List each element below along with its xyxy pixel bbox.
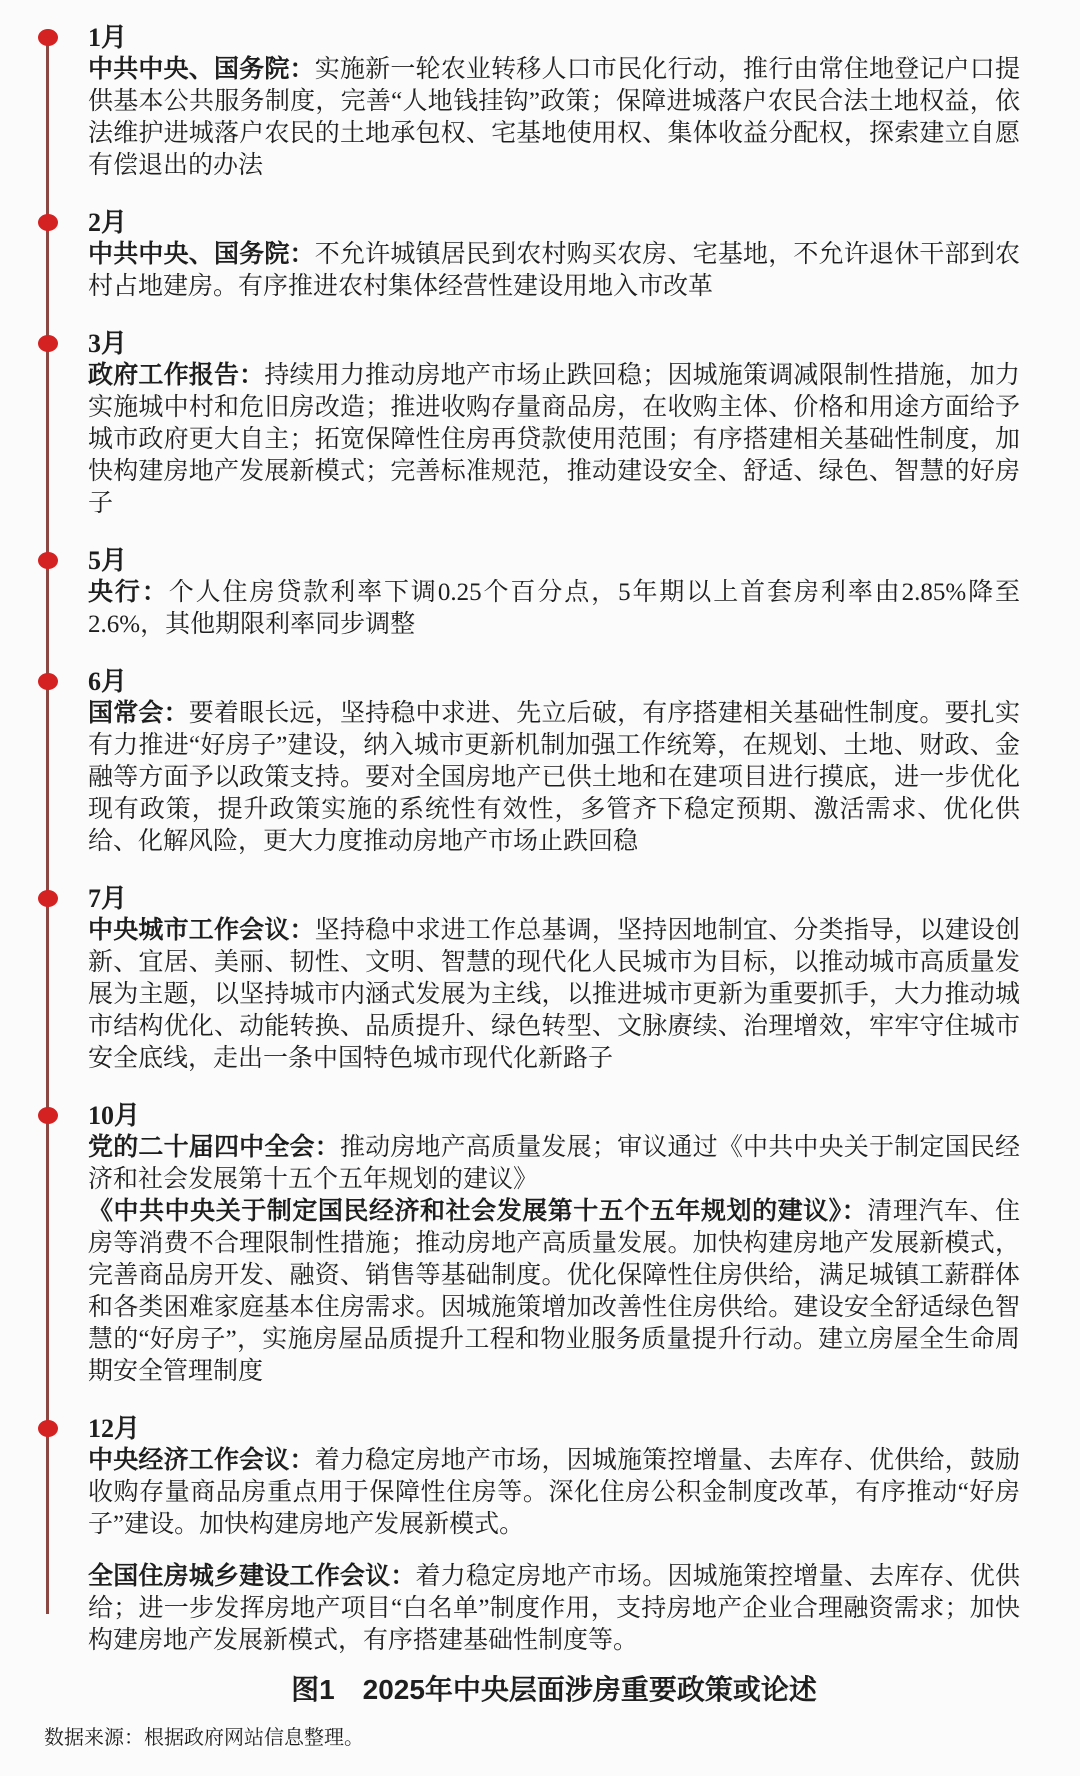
month-text: 2月 bbox=[88, 208, 127, 237]
policy-source: 中共中央、国务院： bbox=[88, 56, 315, 83]
month-label: 12月 bbox=[88, 1413, 1020, 1445]
timeline-dot-icon bbox=[38, 214, 58, 231]
month-text: 7月 bbox=[88, 884, 127, 913]
timeline-section-october: 10月 党的二十届四中全会：推动房地产高质量发展；审议通过《中共中央关于制定国民… bbox=[88, 1100, 1020, 1388]
timeline-dot-icon bbox=[38, 673, 58, 690]
month-text: 3月 bbox=[88, 329, 127, 358]
timeline-section-june: 6月 国常会：要着眼长远，坚持稳中求进、先立后破，有序搭建相关基础性制度。要扎实… bbox=[88, 666, 1020, 858]
month-label: 1月 bbox=[88, 22, 1020, 54]
month-text: 1月 bbox=[88, 23, 127, 52]
month-label: 7月 bbox=[88, 883, 1020, 915]
policy-paragraph: 央行：个人住房贷款利率下调0.25个百分点，5年期以上首套房利率由2.85%降至… bbox=[88, 577, 1020, 641]
month-text: 5月 bbox=[88, 546, 127, 575]
policy-paragraph: 全国住房城乡建设工作会议：着力稳定房地产市场。因城施策控增量、去库存、优供给；进… bbox=[88, 1561, 1020, 1657]
month-label: 5月 bbox=[88, 545, 1020, 577]
timeline-section-may: 5月 央行：个人住房贷款利率下调0.25个百分点，5年期以上首套房利率由2.85… bbox=[88, 545, 1020, 641]
month-label: 2月 bbox=[88, 207, 1020, 239]
policy-source: 中共中央、国务院： bbox=[88, 241, 315, 268]
timeline-dot-icon bbox=[38, 335, 58, 352]
timeline-section-january: 1月 中共中央、国务院：实施新一轮农业转移人口市民化行动，推行由常住地登记户口提… bbox=[88, 22, 1020, 182]
timeline-section-march: 3月 政府工作报告：持续用力推动房地产市场止跌回稳；因城施策调减限制性措施，加力… bbox=[88, 328, 1020, 520]
policy-source: 全国住房城乡建设工作会议： bbox=[88, 1563, 416, 1590]
month-text: 10月 bbox=[88, 1101, 140, 1130]
timeline-dot-icon bbox=[38, 552, 58, 569]
timeline-section-july: 7月 中央城市工作会议：坚持稳中求进工作总基调，坚持因地制宜、分类指导，以建设创… bbox=[88, 883, 1020, 1075]
policy-paragraph: 国常会：要着眼长远，坚持稳中求进、先立后破，有序搭建相关基础性制度。要扎实有力推… bbox=[88, 698, 1020, 858]
timeline-section-december: 12月 中央经济工作会议：着力稳定房地产市场，因城施策控增量、去库存、优供给，鼓… bbox=[88, 1413, 1020, 1657]
month-text: 12月 bbox=[88, 1414, 140, 1443]
policy-source: 国常会： bbox=[88, 700, 189, 727]
timeline-line bbox=[46, 34, 49, 1614]
policy-text: 清理汽车、住房等消费不合理限制性措施；推动房地产高质量发展。加快构建房地产发展新… bbox=[88, 1198, 1020, 1385]
data-source-note: 数据来源：根据政府网站信息整理。 bbox=[44, 1725, 1020, 1751]
policy-timeline-figure: 1月 中共中央、国务院：实施新一轮农业转移人口市民化行动，推行由常住地登记户口提… bbox=[0, 0, 1080, 1776]
policy-source: 中央经济工作会议： bbox=[88, 1447, 315, 1474]
timeline-dot-icon bbox=[38, 29, 58, 46]
policy-text: 个人住房贷款利率下调0.25个百分点，5年期以上首套房利率由2.85%降至2.6… bbox=[88, 579, 1020, 638]
timeline-section-february: 2月 中共中央、国务院：不允许城镇居民到农村购买农房、宅基地，不允许退休干部到农… bbox=[88, 207, 1020, 303]
policy-text: 要着眼长远，坚持稳中求进、先立后破，有序搭建相关基础性制度。要扎实有力推进“好房… bbox=[88, 700, 1020, 855]
policy-paragraph: 《中共中央关于制定国民经济和社会发展第十五个五年规划的建议》：清理汽车、住房等消… bbox=[88, 1196, 1020, 1388]
policy-paragraph: 中共中央、国务院：实施新一轮农业转移人口市民化行动，推行由常住地登记户口提供基本… bbox=[88, 54, 1020, 182]
month-label: 6月 bbox=[88, 666, 1020, 698]
policy-paragraph: 中共中央、国务院：不允许城镇居民到农村购买农房、宅基地，不允许退休干部到农村占地… bbox=[88, 239, 1020, 303]
policy-paragraph: 中央经济工作会议：着力稳定房地产市场，因城施策控增量、去库存、优供给，鼓励收购存… bbox=[88, 1445, 1020, 1541]
policy-source: 中央城市工作会议： bbox=[88, 917, 315, 944]
policy-paragraph: 党的二十届四中全会：推动房地产高质量发展；审议通过《中共中央关于制定国民经济和社… bbox=[88, 1132, 1020, 1196]
policy-source: 政府工作报告： bbox=[88, 362, 264, 389]
month-text: 6月 bbox=[88, 667, 127, 696]
month-label: 3月 bbox=[88, 328, 1020, 360]
policy-source: 党的二十届四中全会： bbox=[88, 1134, 340, 1161]
timeline-dot-icon bbox=[38, 1420, 58, 1437]
policy-source: 央行： bbox=[88, 579, 169, 606]
policy-paragraph: 中央城市工作会议：坚持稳中求进工作总基调，坚持因地制宜、分类指导，以建设创新、宜… bbox=[88, 915, 1020, 1075]
figure-caption: 图1 2025年中央层面涉房重要政策或论述 bbox=[88, 1671, 1020, 1709]
timeline-dot-icon bbox=[38, 890, 58, 907]
month-label: 10月 bbox=[88, 1100, 1020, 1132]
policy-source: 《中共中央关于制定国民经济和社会发展第十五个五年规划的建议》： bbox=[88, 1198, 867, 1225]
timeline-dot-icon bbox=[38, 1107, 58, 1124]
policy-paragraph: 政府工作报告：持续用力推动房地产市场止跌回稳；因城施策调减限制性措施，加力实施城… bbox=[88, 360, 1020, 520]
